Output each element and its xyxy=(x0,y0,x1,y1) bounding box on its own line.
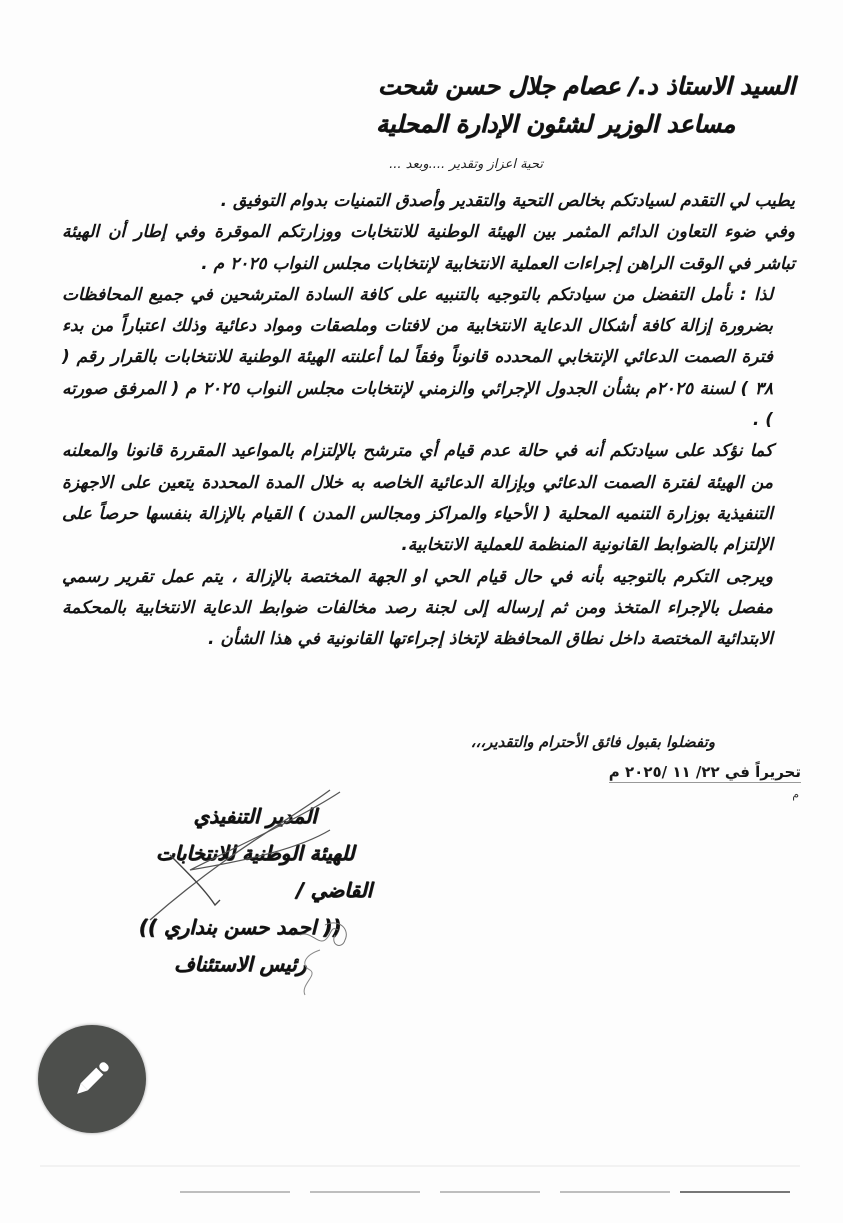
date-line: تحريراً في ٢٢/ ١١ /٢٠٢٥ م xyxy=(609,763,801,783)
closing-line: وتفضلوا بقبول فائق الأحترام والتقدير،،، xyxy=(471,733,715,751)
signatory-name: (( احمد حسن بنداري )) xyxy=(110,909,400,946)
addressee-title: مساعد الوزير لشئون الإدارة المحلية xyxy=(376,110,735,138)
scanned-letter-page: السيد الاستاذ د./ عصام جلال حسن شحت مساع… xyxy=(0,0,843,1223)
signatory-judge-label: القاضي / xyxy=(110,872,400,909)
paragraph-request: لذا : نأمل التفضل من سيادتكم بالتوجيه با… xyxy=(62,280,795,436)
letter-body: يطيب لي التقدم لسيادتكم بخالص التحية وال… xyxy=(62,186,795,655)
signature-block: المدير التنفيذي للهيئة الوطنية للانتخابا… xyxy=(110,798,400,983)
paragraph-emphasis: كما نؤكد على سيادتكم أنه في حالة عدم قيا… xyxy=(62,436,795,561)
date-mark: م xyxy=(792,788,799,801)
signatory-rank: رئيس الاستئناف xyxy=(110,946,400,983)
pencil-icon xyxy=(65,1052,119,1106)
addressee-name: السيد الاستاذ د./ عصام جلال حسن شحت xyxy=(378,72,795,100)
scan-artifacts xyxy=(0,1150,843,1223)
edit-button[interactable] xyxy=(38,1025,146,1133)
signatory-organization: للهيئة الوطنية للانتخابات xyxy=(110,835,400,872)
paragraph-reporting: ويرجى التكرم بالتوجيه بأنه في حال قيام ا… xyxy=(62,562,795,656)
paragraph-context: وفي ضوء التعاون الدائم المثمر بين الهيئة… xyxy=(62,217,795,280)
paragraph-opening: يطيب لي التقدم لسيادتكم بخالص التحية وال… xyxy=(62,186,795,217)
greeting-line: تحية اعزاز وتقدير ....وبعد ... xyxy=(389,157,543,172)
signatory-title: المدير التنفيذي xyxy=(110,798,400,835)
